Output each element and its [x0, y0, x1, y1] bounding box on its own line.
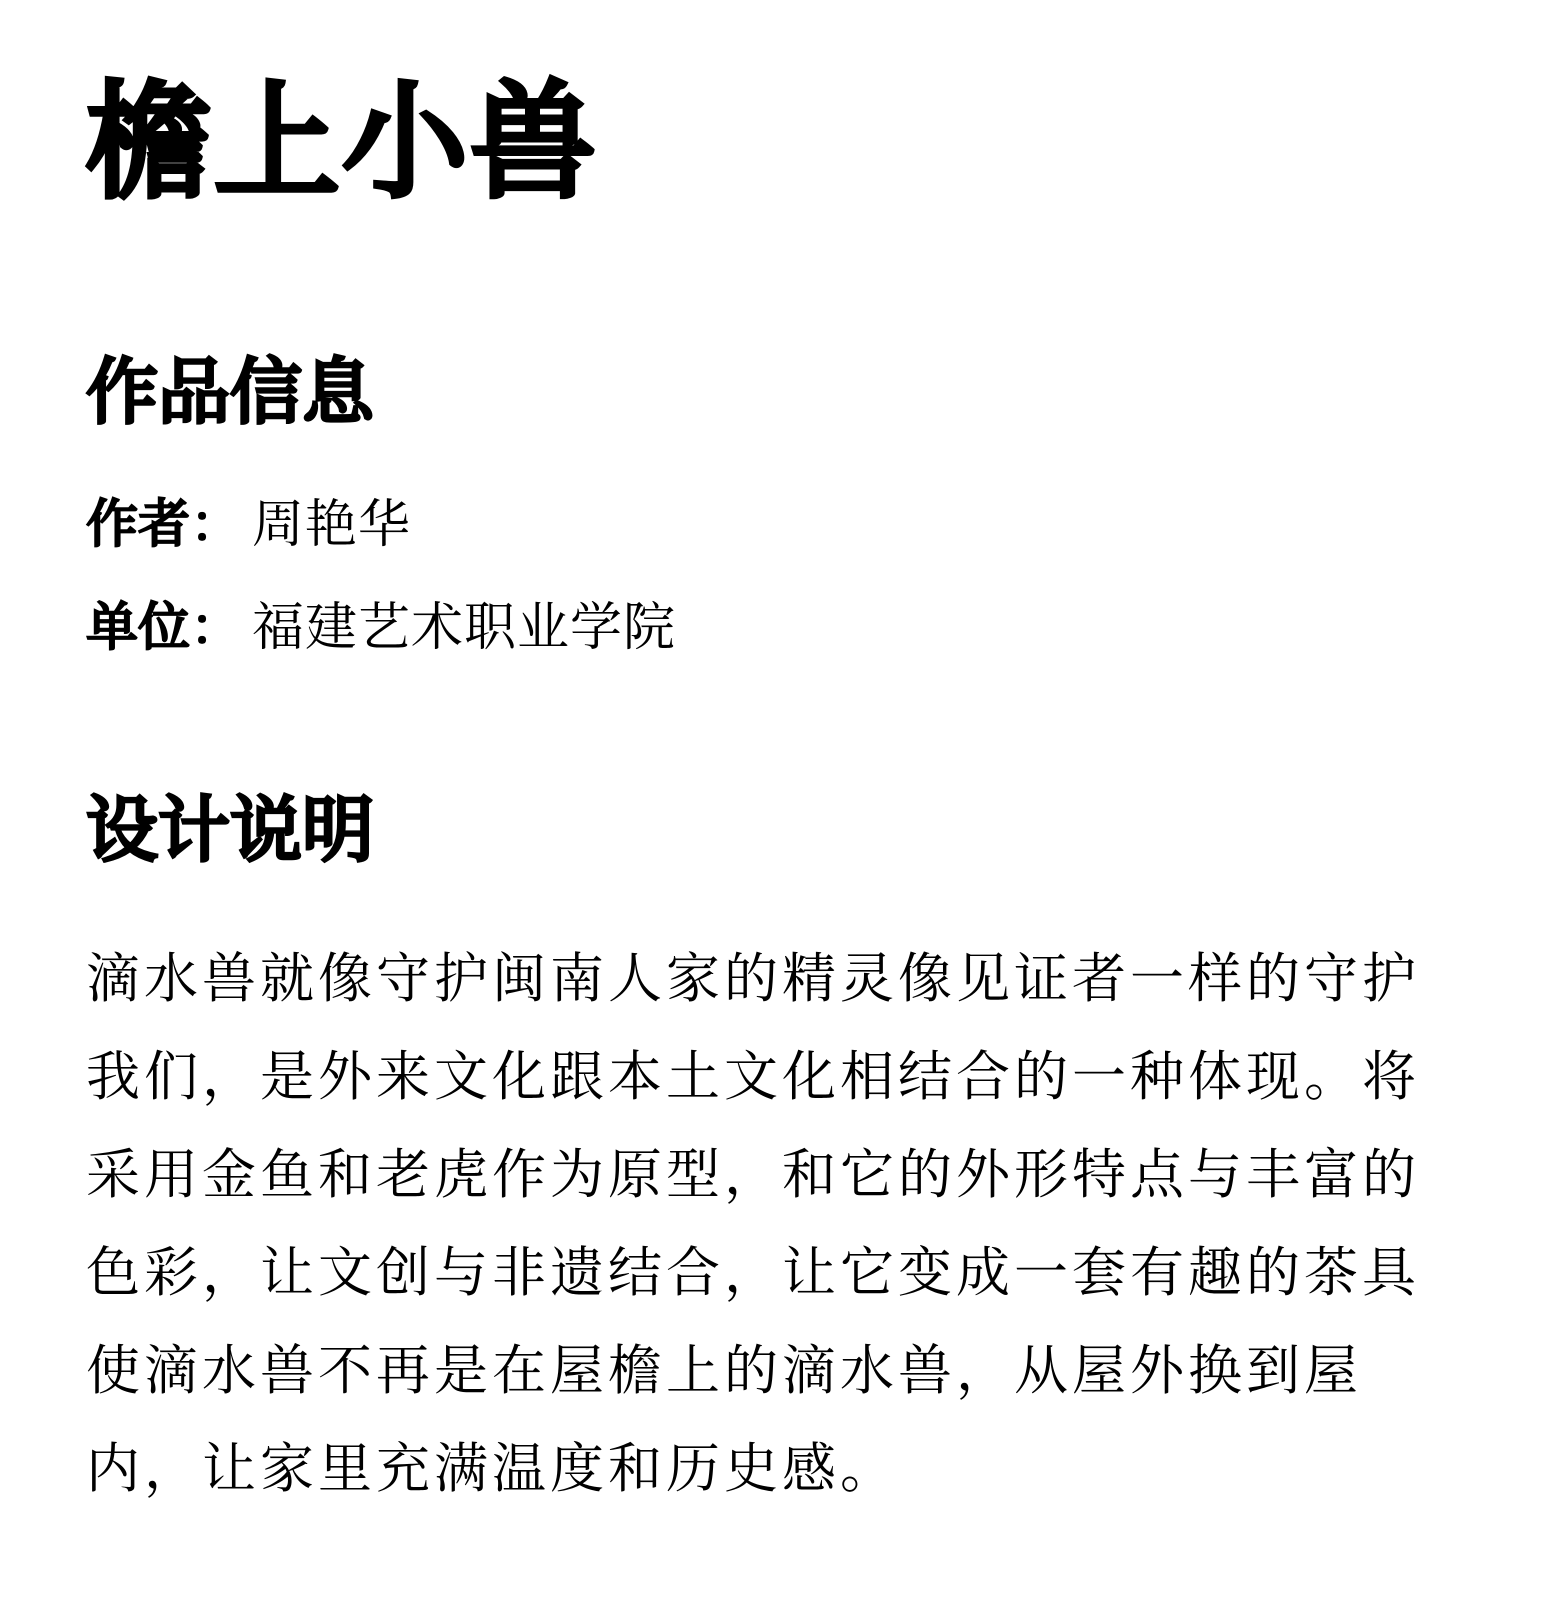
author-row: 作者：周艳华: [86, 495, 411, 555]
description-line: 色彩，让文创与非遗结合，让它变成一套有趣的茶具: [86, 1224, 1446, 1322]
description-line: 滴水兽就像守护闽南人家的精灵像见证者一样的守护: [86, 930, 1446, 1028]
section-heading-description: 设计说明: [86, 790, 374, 870]
description-line: 采用金鱼和老虎作为原型，和它的外形特点与丰富的: [86, 1126, 1446, 1224]
author-value: 周艳华: [252, 495, 411, 555]
author-label: 作者: [86, 495, 190, 555]
page-title: 檐上小兽: [86, 78, 598, 208]
unit-separator: ：: [190, 598, 252, 658]
unit-label: 单位: [86, 598, 190, 658]
description-paragraph: 滴水兽就像守护闽南人家的精灵像见证者一样的守护 我们，是外来文化跟本土文化相结合…: [86, 930, 1446, 1518]
section-heading-info: 作品信息: [86, 352, 374, 432]
description-line: 使滴水兽不再是在屋檐上的滴水兽，从屋外换到屋: [86, 1322, 1446, 1420]
unit-row: 单位：福建艺术职业学院: [86, 598, 676, 658]
description-line: 内，让家里充满温度和历史感。: [86, 1420, 1446, 1518]
description-line: 我们，是外来文化跟本土文化相结合的一种体现。将: [86, 1028, 1446, 1126]
unit-value: 福建艺术职业学院: [252, 598, 676, 658]
author-separator: ：: [190, 495, 252, 555]
